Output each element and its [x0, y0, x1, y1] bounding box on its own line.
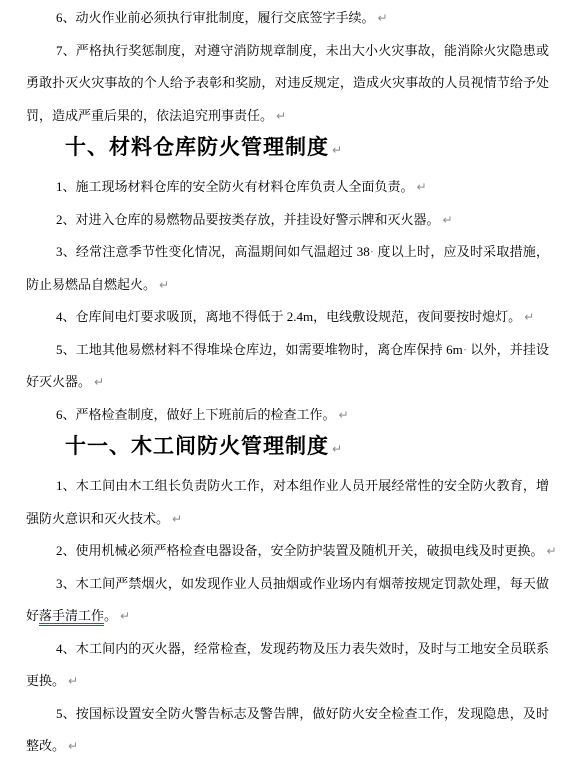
section-11-heading: 十一、木工间防火管理制度↵	[26, 431, 549, 470]
warehouse-item-3-line-1: 3、经常注意季节性变化情况，高温期间如气温超过 38· 度以上时，应及时采取措施…	[26, 236, 549, 269]
text-run: 罚，造成严重后果的，依法追究刑事责任。	[26, 108, 273, 123]
warehouse-item-4: 4、仓库间电灯要求吸顶，离地不得低于 2.4m，电线敷设规范，夜间要按时熄灯。↵	[26, 301, 549, 334]
warehouse-item-5-line-1: 5、工地其他易燃材料不得堆垛仓库边，如需要堆物时，离仓库保持 6m· 以外，并挂…	[26, 334, 549, 367]
text-run: 5、按国标设置安全防火警告标志及警告牌，做好防火安全检查工作，发现隐患，及时	[56, 706, 549, 721]
carpentry-item-3-line-1: 3、木工间严禁烟火，如发现作业人员抽烟或作业场内有烟蒂按规定罚款处理，每天做	[26, 568, 549, 601]
carpentry-item-5-line-1: 5、按国标设置安全防火警告标志及警告牌，做好防火安全检查工作，发现隐患，及时	[26, 698, 549, 731]
carpentry-item-5-line-2: 整改。↵	[26, 730, 549, 763]
text-run: 十一、木工间防火管理制度	[65, 434, 329, 458]
text-run: 1、施工现场材料仓库的安全防火有材料仓库负责人全面负责。	[56, 179, 414, 194]
text-run: 度以上时，应及时采取措施，	[374, 244, 549, 259]
carpentry-item-1-line-1: 1、木工间由木工组长负责防火工作，对本组作业人员开展经常性的安全防火教育，增	[26, 470, 549, 503]
document-page: 6、动火作业前必须执行审批制度，履行交底签字手续。↵7、严格执行奖惩制度，对遵守…	[0, 0, 575, 763]
text-run: 6、动火作业前必须执行审批制度，履行交底签字手续。	[56, 10, 375, 25]
carpentry-item-3-line-2: 好落手清工作。↵	[26, 600, 549, 633]
text-run: 6、严格检查制度，做好上下班前后的检查工作。	[56, 407, 336, 422]
text-run: 3、经常注意季节性变化情况，高温期间如气温超过 38	[56, 244, 370, 259]
text-run: 2、对进入仓库的易燃物品要按类存放，并挂设好警示牌和灭火器。	[56, 212, 440, 227]
text-run: 勇敢扑灭火灾事故的个人给予表彰和奖励，对违反规定，造成火灾事故的人员视情节给予处	[26, 75, 549, 90]
text-run: 好	[26, 608, 39, 623]
warehouse-item-6: 6、严格检查制度，做好上下班前后的检查工作。↵	[26, 399, 549, 432]
hotwork-item-7-line-2: 勇敢扑灭火灾事故的个人给予表彰和奖励，对违反规定，造成火灾事故的人员视情节给予处	[26, 67, 549, 100]
text-run: 以外，并挂设	[467, 342, 549, 357]
text-run: 3、木工间严禁烟火，如发现作业人员抽烟或作业场内有烟蒂按规定罚款处理，每天做	[56, 576, 549, 591]
warehouse-item-2: 2、对进入仓库的易燃物品要按类存放，并挂设好警示牌和灭火器。↵	[26, 204, 549, 237]
hotwork-item-6: 6、动火作业前必须执行审批制度，履行交底签字手续。↵	[26, 2, 549, 35]
carpentry-item-4-line-1: 4、木工间内的灭火器，经常检查，发现药物及压力表失效时，及时与工地安全员联系	[26, 633, 549, 666]
text-run: 5、工地其他易燃材料不得堆垛仓库边，如需要堆物时，离仓库保持 6m	[56, 342, 463, 357]
cleanup-term-link[interactable]: 落手清工作	[39, 608, 104, 626]
text-run: 防止易燃品自燃起火。	[26, 277, 156, 292]
carpentry-item-1-line-2: 强防火意识和灭火技术。↵	[26, 503, 549, 536]
text-run: 十、材料仓库防火管理制度	[65, 135, 329, 159]
text-run: 整改。	[26, 738, 65, 753]
text-run: 7、严格执行奖惩制度，对遵守消防规章制度，未出大小火灾事故，能消除火灾隐患或	[56, 43, 549, 58]
text-run: 好灭火器。	[26, 374, 91, 389]
hotwork-item-7-line-3: 罚，造成严重后果的，依法追究刑事责任。↵	[26, 100, 549, 133]
text-run: 4、木工间内的灭火器，经常检查，发现药物及压力表失效时，及时与工地安全员联系	[56, 641, 549, 656]
warehouse-item-3-line-2: 防止易燃品自燃起火。↵	[26, 269, 549, 302]
text-run: 1、木工间由木工组长负责防火工作，对本组作业人员开展经常性的安全防火教育，增	[56, 478, 549, 493]
text-run: 。	[104, 608, 117, 623]
hotwork-item-7-line-1: 7、严格执行奖惩制度，对遵守消防规章制度，未出大小火灾事故，能消除火灾隐患或	[26, 35, 549, 68]
text-run: 4、仓库间电灯要求吸顶，离地不得低于 2.4m，电线敷设规范，夜间要按时熄灯。	[56, 309, 521, 324]
document-body: 6、动火作业前必须执行审批制度，履行交底签字手续。↵7、严格执行奖惩制度，对遵守…	[26, 2, 549, 763]
text-run: 2、使用机械必须严格检查电器设备，安全防护装置及随机开关，破损电线及时更换。	[56, 543, 544, 558]
text-run: 更换。	[26, 673, 65, 688]
warehouse-item-1: 1、施工现场材料仓库的安全防火有材料仓库负责人全面负责。↵	[26, 171, 549, 204]
carpentry-item-4-line-2: 更换。↵	[26, 665, 549, 698]
warehouse-item-5-line-2: 好灭火器。↵	[26, 366, 549, 399]
text-run: 强防火意识和灭火技术。	[26, 511, 169, 526]
section-10-heading: 十、材料仓库防火管理制度↵	[26, 132, 549, 171]
carpentry-item-2: 2、使用机械必须严格检查电器设备，安全防护装置及随机开关，破损电线及时更换。↵	[26, 535, 549, 568]
